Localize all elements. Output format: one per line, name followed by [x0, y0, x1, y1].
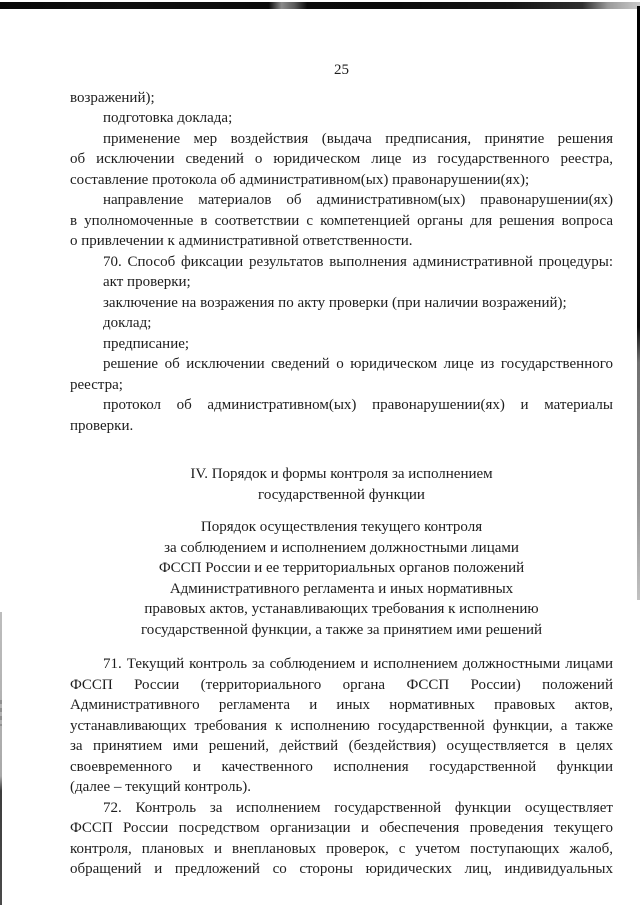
text-line: протокол об административном(ых) правона…: [70, 395, 613, 416]
heading-line: ФССП России и ее территориальных органов…: [70, 558, 613, 579]
text-line: доклад;: [70, 313, 613, 334]
paragraph: 72. Контроль за исполнением государствен…: [70, 798, 613, 880]
paragraph: 70. Способ фиксации результатов выполнен…: [70, 252, 613, 273]
text-line: Административного регламента и иных норм…: [70, 695, 613, 716]
paragraph: протокол об административном(ых) правона…: [70, 395, 613, 436]
paragraph: решение об исключении сведений о юридиче…: [70, 354, 613, 395]
text-line: предписание;: [70, 334, 613, 355]
text-line: (далее – текущий контроль).: [70, 777, 613, 798]
paragraph: направление материалов об административн…: [70, 190, 613, 252]
scan-artifact-top-edge: [0, 2, 640, 9]
section-heading: IV. Порядок и формы контроля за исполнен…: [70, 464, 613, 505]
text-line: 72. Контроль за исполнением государствен…: [70, 798, 613, 819]
text-line: акт проверки;: [70, 272, 613, 293]
text-line: направление материалов об административн…: [70, 190, 613, 211]
text-line: ФССП России (территориального органа ФСС…: [70, 675, 613, 696]
text-line: 71. Текущий контроль за соблюдением и ис…: [70, 654, 613, 675]
document-body: 25 возражений);подготовка доклада;примен…: [70, 60, 613, 880]
paragraph: предписание;: [70, 334, 613, 355]
paragraph: подготовка доклада;: [70, 108, 613, 129]
text-line: за принятием ими решений, действий (безд…: [70, 736, 613, 757]
heading-line: за соблюдением и исполнением должностным…: [70, 538, 613, 559]
text-line: проверки.: [70, 416, 613, 437]
text-line: применение мер воздействия (выдача предп…: [70, 129, 613, 150]
paragraph: применение мер воздействия (выдача предп…: [70, 129, 613, 191]
paragraph: заключение на возражения по акту проверк…: [70, 293, 613, 314]
text-line: возражений);: [70, 88, 613, 109]
text-line: контроля, плановых и внеплановых проверо…: [70, 839, 613, 860]
text-line: реестра;: [70, 375, 613, 396]
paragraph: акт проверки;: [70, 272, 613, 293]
heading-line: Административного регламента и иных норм…: [70, 579, 613, 600]
paragraph: доклад;: [70, 313, 613, 334]
text-line: ФССП России посредством организации и об…: [70, 818, 613, 839]
heading-line: Порядок осуществления текущего контроля: [70, 517, 613, 538]
text-line: обращений и предложений со стороны юриди…: [70, 859, 613, 880]
scan-artifact-left-dashes: [0, 700, 2, 726]
text-line: своевременного и качественного исполнени…: [70, 757, 613, 778]
page-number: 25: [70, 60, 613, 81]
scan-artifact-left-edge: [0, 612, 2, 905]
text-line: об исключении сведений о юридическом лиц…: [70, 149, 613, 170]
sub-heading: Порядок осуществления текущего контроляз…: [70, 517, 613, 640]
heading-line: государственной функции: [70, 485, 613, 506]
heading-line: правовых актов, устанавливающих требован…: [70, 599, 613, 620]
text-line: в уполномоченные в соответствии с компет…: [70, 211, 613, 232]
heading-line: государственной функции, а также за прин…: [70, 620, 613, 641]
paragraph: возражений);: [70, 88, 613, 109]
text-line: о привлечении к административной ответст…: [70, 231, 613, 252]
heading-line: IV. Порядок и формы контроля за исполнен…: [70, 464, 613, 485]
document-page: 25 возражений);подготовка доклада;примен…: [0, 0, 640, 905]
text-line: 70. Способ фиксации результатов выполнен…: [70, 252, 613, 273]
text-line: подготовка доклада;: [70, 108, 613, 129]
text-line: решение об исключении сведений о юридиче…: [70, 354, 613, 375]
text-line: устанавливающих требования к исполнению …: [70, 716, 613, 737]
text-line: заключение на возражения по акту проверк…: [70, 293, 613, 314]
text-line: составление протокола об административно…: [70, 170, 613, 191]
paragraph: 71. Текущий контроль за соблюдением и ис…: [70, 654, 613, 798]
